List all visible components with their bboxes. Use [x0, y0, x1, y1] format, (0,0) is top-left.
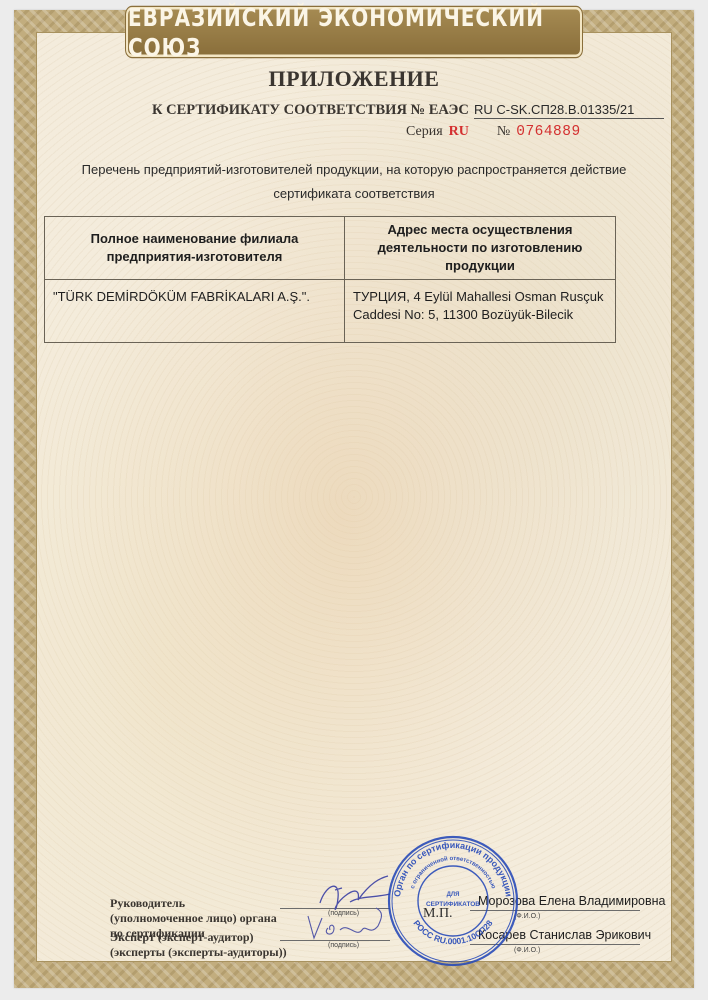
intro-line-1: Перечень предприятий-изготовителей проду… [40, 158, 668, 182]
document-title: ПРИЛОЖЕНИЕ [0, 66, 708, 92]
certificate-number: RU C-SK.СП28.В.01335/21 [474, 102, 664, 119]
manufacturer-name: "TÜRK DEMİRDÖKÜM FABRİKALARI A.Ş.". [45, 280, 345, 343]
column-header-name: Полное наименование филиала предприятия-… [45, 217, 345, 280]
stamp-registration: РОСС RU.0001.10СП28 [411, 918, 494, 946]
column-header-address: Адрес места осуществления деятельности п… [345, 217, 616, 280]
series-row: Серия RU № 0764889 [406, 124, 581, 140]
expert-label: Эксперт (эксперт-аудитор) (эксперты (экс… [110, 930, 290, 960]
manufacturers-table: Полное наименование филиала предприятия-… [44, 216, 616, 343]
signature-scribbles [300, 868, 400, 948]
number-label: № [497, 124, 510, 140]
certificate-sheet [14, 10, 694, 988]
document-subtitle: К СЕРТИФИКАТУ СООТВЕТСТВИЯ № ЕАЭС [152, 102, 469, 119]
manufacturer-address: ТУРЦИЯ, 4 Eylül Mahallesi Osman Rusçuk C… [345, 280, 616, 343]
series-label: Серия [406, 124, 443, 140]
stamp-outer-text: Орган по сертификации продукции [392, 840, 514, 897]
union-banner: ЕВРАЗИЙСКИЙ ЭКОНОМИЧЕСКИЙ СОЮЗ [126, 7, 582, 57]
intro-text: Перечень предприятий-изготовителей проду… [40, 158, 668, 206]
intro-line-2: сертификата соответствия [40, 182, 668, 206]
svg-text:Орган по сертификации продукци: Орган по сертификации продукции [392, 840, 514, 897]
stamp-center-1: ДЛЯ [447, 892, 460, 898]
svg-text:РОСС RU.0001.10СП28: РОСС RU.0001.10СП28 [411, 918, 494, 946]
table-header-row: Полное наименование филиала предприятия-… [45, 217, 616, 280]
table-row: "TÜRK DEMİRDÖKÜM FABRİKALARI A.Ş.". ТУРЦ… [45, 280, 616, 343]
seal-label: М.П. [423, 906, 453, 922]
blank-number: 0764889 [516, 124, 580, 140]
certification-stamp-icon: Орган по сертификации продукции с ограни… [386, 834, 520, 968]
series-value: RU [449, 124, 469, 140]
